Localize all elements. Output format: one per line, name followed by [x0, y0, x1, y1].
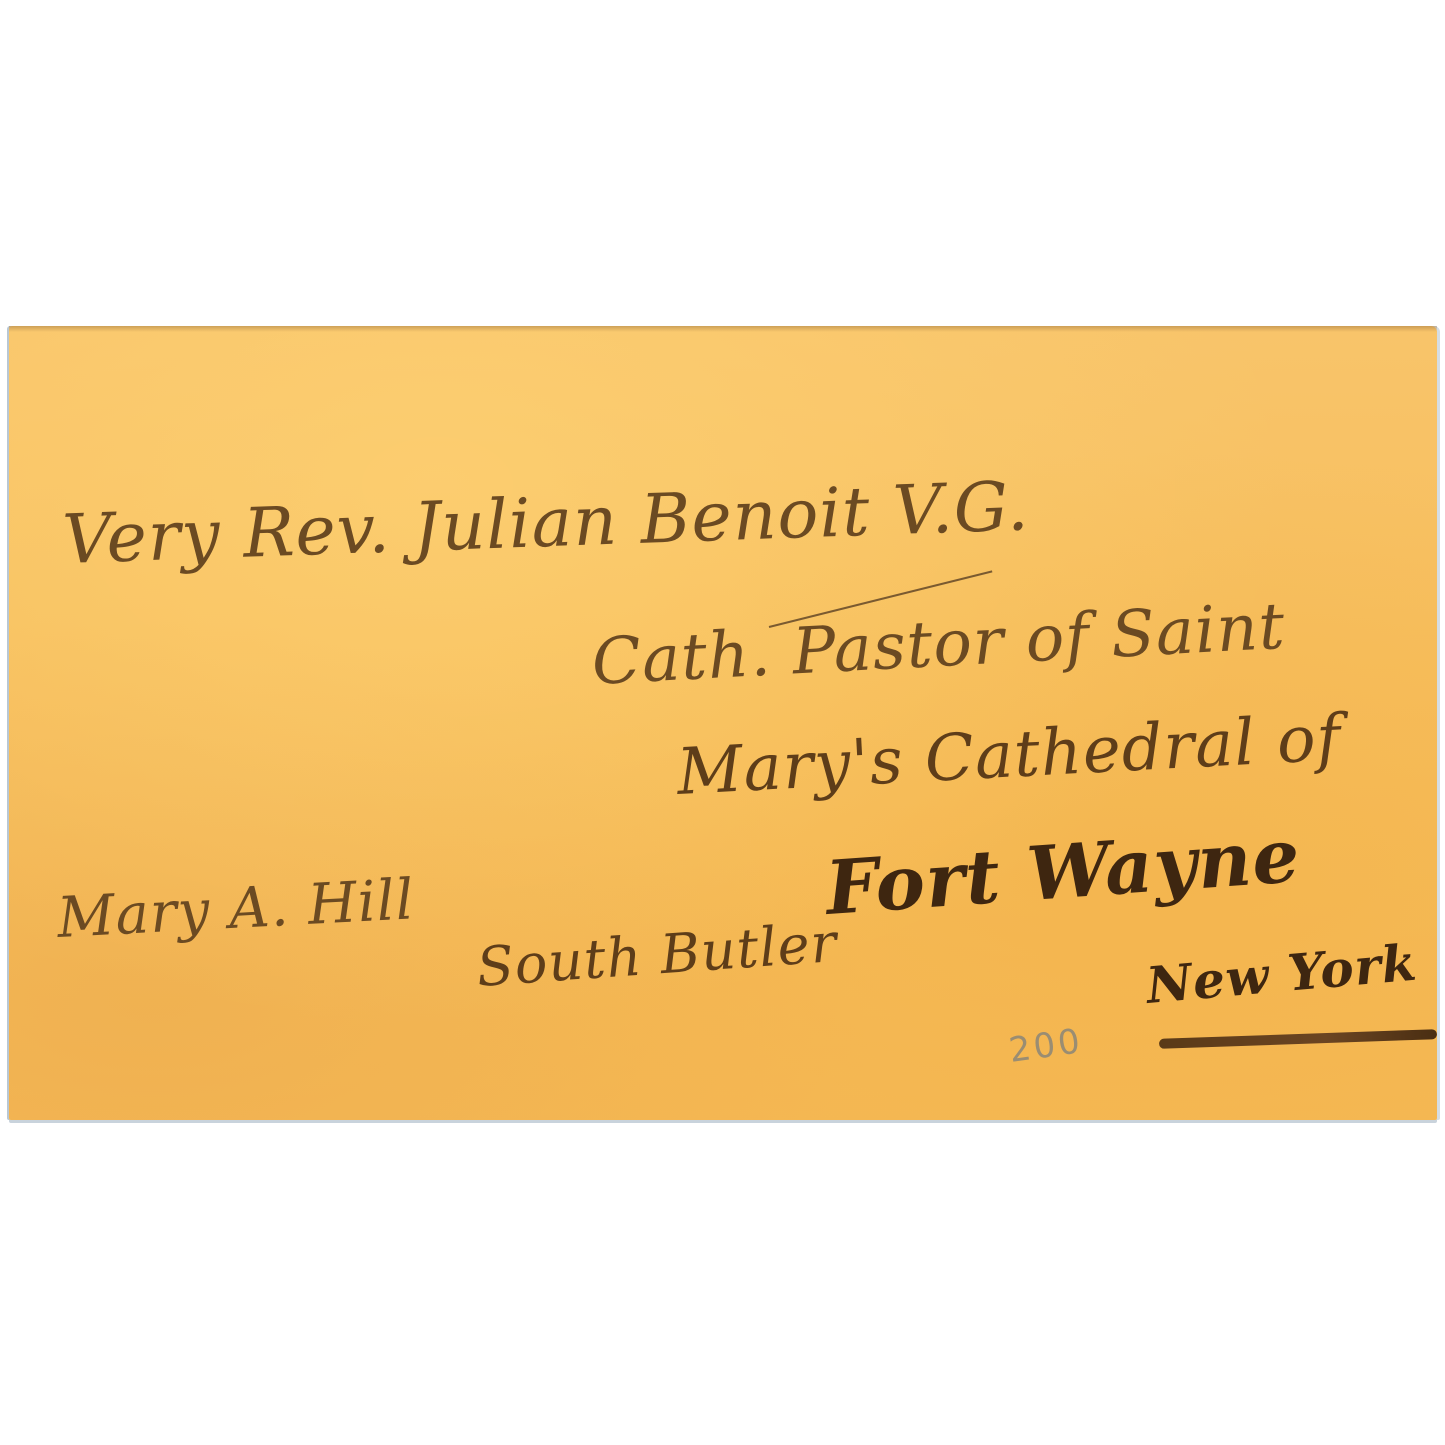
- envelope-top-edge: [9, 326, 1437, 332]
- addressee-line-1: Very Rev. Julian Benoit V.G.: [61, 467, 1030, 580]
- envelope: Very Rev. Julian Benoit V.G. Cath. Pasto…: [9, 326, 1437, 1120]
- addressee-line-3: Mary's Cathedral of: [675, 701, 1343, 810]
- addressee-city: Fort Wayne: [823, 813, 1303, 932]
- addressee-state: New York: [1144, 933, 1420, 1015]
- sender-name: Mary A. Hill: [56, 867, 416, 951]
- sender-place: South Butler: [475, 911, 840, 999]
- pencil-price-note: 200: [1007, 1021, 1086, 1071]
- state-underline: [1159, 1029, 1437, 1049]
- addressee-line-2: Cath. Pastor of Saint: [590, 590, 1287, 700]
